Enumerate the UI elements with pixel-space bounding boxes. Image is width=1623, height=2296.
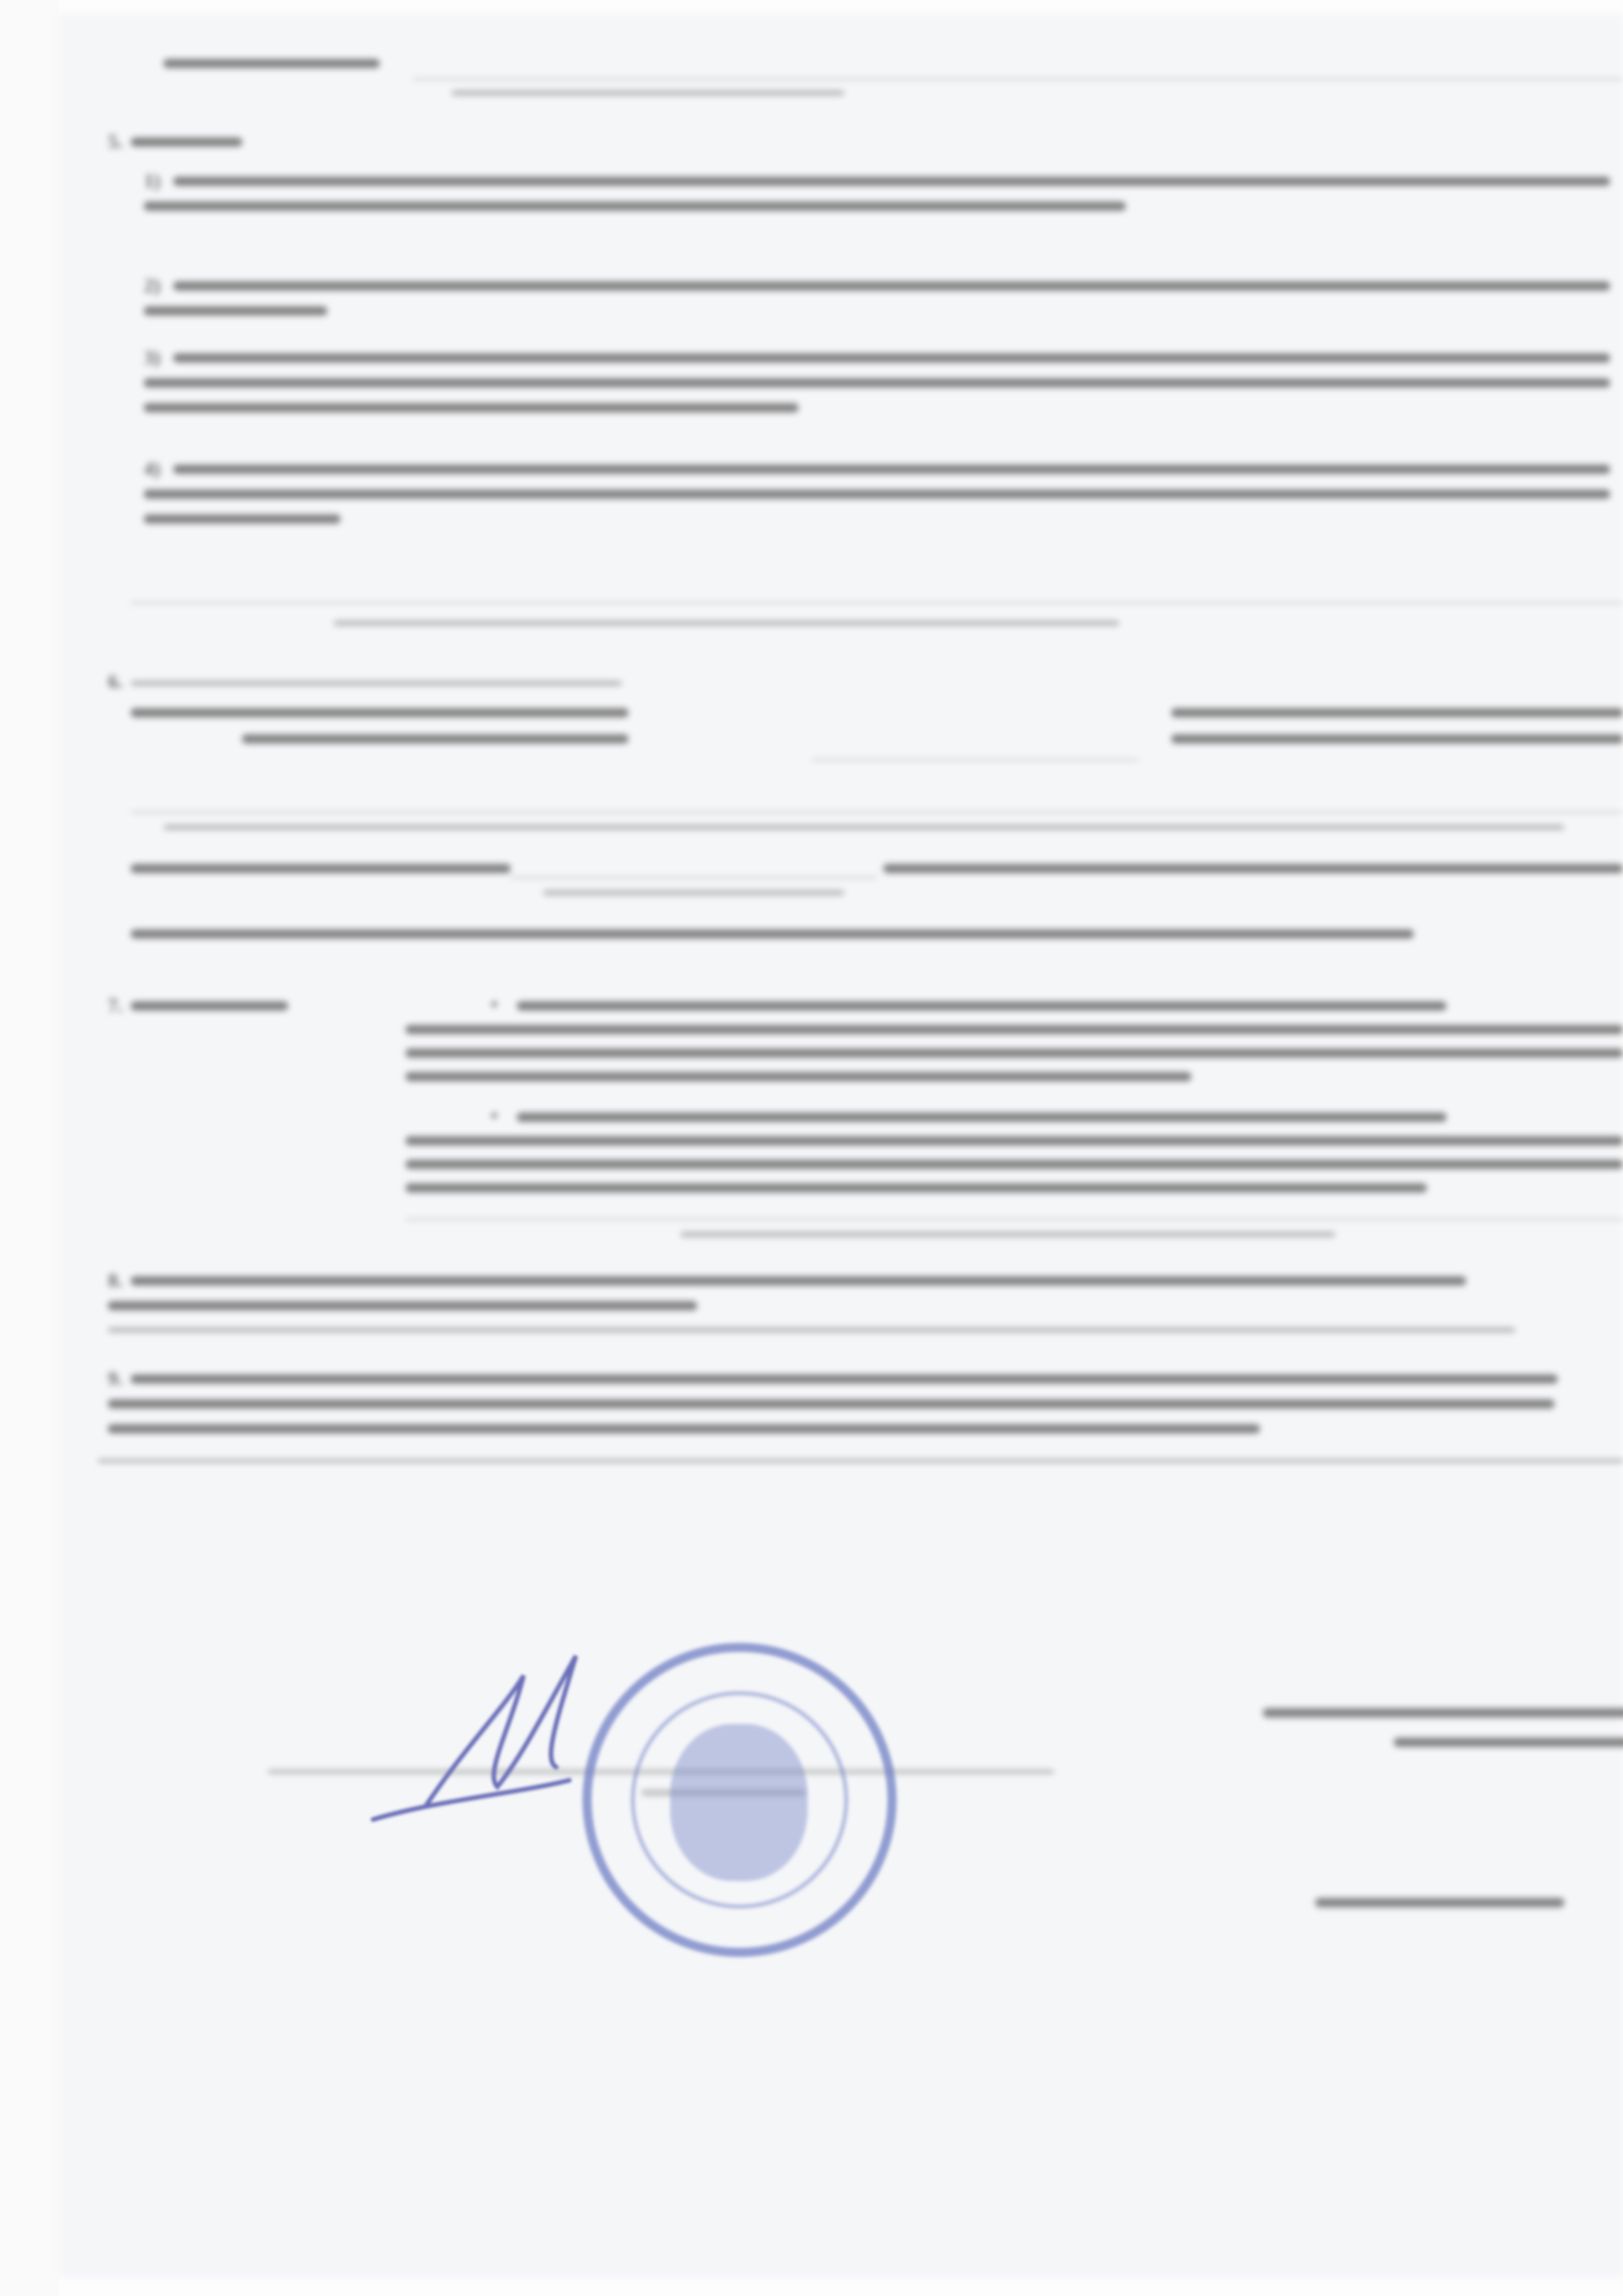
section-6-line: [242, 734, 628, 744]
bullet-icon: •: [491, 1105, 498, 1127]
section-6-field: [510, 877, 877, 878]
header-rule: [412, 79, 1623, 80]
section-7-title: [131, 1001, 288, 1011]
section-6-field-caption: [543, 890, 844, 895]
section-5-caption: [334, 620, 1119, 626]
section-6-line: [131, 864, 510, 873]
section-6-title: [131, 681, 622, 686]
section-5-item-line: [144, 378, 1610, 387]
section-5-item-line: [173, 465, 1610, 474]
signatory-title-line1: [1263, 1708, 1623, 1717]
section-8-line: [131, 1276, 1466, 1285]
section-5-item-line: [173, 281, 1610, 291]
signatory-title-line2: [1394, 1738, 1623, 1747]
section-6-number: 6.: [108, 671, 123, 693]
section-5-item-line: [144, 490, 1610, 499]
section-6-line: [1171, 708, 1623, 717]
section-5-item-line: [173, 177, 1610, 186]
section-5-item-number: 1): [144, 170, 160, 192]
document-page: 5. 1)2)3)4) 6. 7. •• 8. 9.: [59, 13, 1623, 2278]
section-9-rule: [98, 1460, 1623, 1462]
section-5-item-line: [173, 353, 1610, 363]
page-margin: [0, 0, 59, 2296]
section-7-caption: [681, 1232, 1335, 1237]
section-5-item-number: 3): [144, 347, 160, 369]
section-7-number: 7.: [108, 995, 123, 1017]
section-7-bullet-line: [517, 1113, 1446, 1122]
section-9-line: [131, 1374, 1558, 1384]
header-text: [164, 59, 380, 68]
signature: [360, 1636, 726, 1852]
section-7-bullet-line: [517, 1001, 1446, 1011]
section-7-rule: [406, 1219, 1623, 1220]
section-9-line: [108, 1424, 1260, 1433]
section-6-field: [811, 759, 1139, 761]
section-6-line: [883, 864, 1623, 873]
section-6-line: [1171, 734, 1623, 744]
section-9-number: 9.: [108, 1368, 123, 1390]
section-8-note: [108, 1327, 1515, 1333]
section-5-item-line: [144, 202, 1126, 211]
section-8-line: [108, 1301, 697, 1310]
section-7-bullet-line: [406, 1049, 1623, 1058]
section-7-bullet-line: [406, 1072, 1191, 1081]
section-8-number: 8.: [108, 1270, 123, 1292]
section-7-bullet-line: [406, 1160, 1623, 1169]
section-6-line: [131, 708, 628, 717]
section-7-bullet-line: [406, 1136, 1623, 1145]
section-6-caption: [164, 825, 1564, 830]
section-7-bullet-line: [406, 1183, 1427, 1193]
section-5-item-number: 2): [144, 275, 160, 297]
section-6-rule: [131, 812, 1623, 813]
section-5-title: [131, 137, 242, 147]
section-5-number: 5.: [108, 131, 123, 153]
executor-name: [1315, 1898, 1564, 1907]
section-5-rule: [131, 602, 1623, 603]
section-5-item-number: 4): [144, 458, 160, 480]
bullet-icon: •: [491, 994, 498, 1016]
section-9-line: [108, 1399, 1554, 1408]
section-7-bullet-line: [406, 1025, 1623, 1034]
section-5-item-line: [144, 514, 340, 524]
section-6-line: [131, 929, 1414, 939]
section-5-item-line: [144, 306, 327, 315]
section-5-item-line: [144, 403, 798, 412]
header-caption: [452, 90, 844, 96]
